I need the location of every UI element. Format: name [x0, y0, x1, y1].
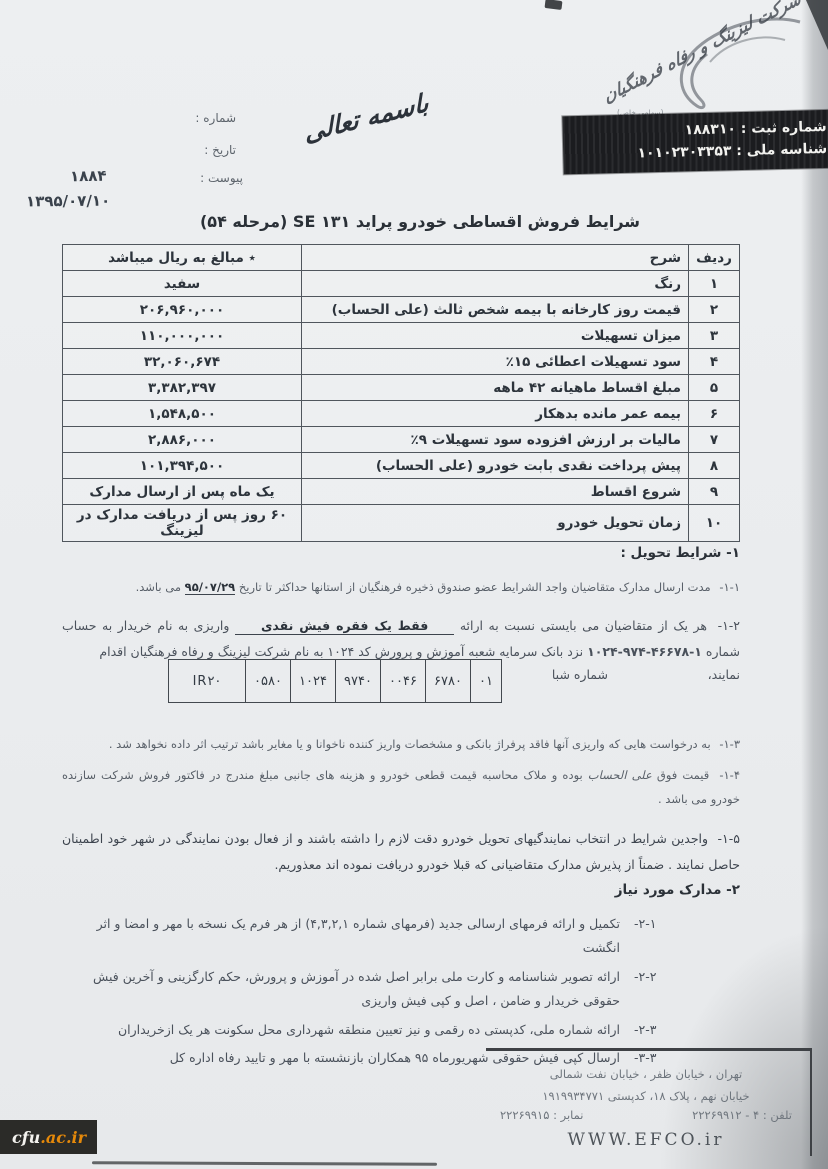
sheba-label: شماره شبا	[552, 667, 608, 682]
row-description: زمان تحویل خودرو	[302, 505, 689, 542]
footer-address-line1: تهران ، خیابان ظفر ، خیابان نفت شمالی	[496, 1063, 796, 1085]
document-item-label: -۲-۱	[634, 912, 678, 961]
document-title: شرایط فروش اقساطی خودرو پراید SE ۱۳۱ (مر…	[110, 212, 730, 231]
sheba-number-table: IR۲۰۰۵۸۰۱۰۲۴۹۷۴۰۰۰۴۶۶۷۸۰۰۱	[168, 659, 502, 703]
clause-1-2: -۱-۲ هر یک از متقاضیان می بایستی نسبت به…	[62, 613, 740, 664]
table-row: ۱رنگسفید	[63, 271, 740, 297]
table-row: ۷مالیات بر ارزش افزوده سود تسهیلات ۹٪۲,۸…	[63, 427, 740, 453]
section1-heading: ۱- شرایط تحویل :	[620, 545, 740, 561]
row-value: ۳,۳۸۲,۳۹۷	[63, 375, 302, 401]
header-row-number: ردیف	[689, 245, 740, 271]
header-description: شرح	[302, 245, 689, 271]
scan-bottom-line	[92, 1161, 437, 1166]
cfu-watermark-orange: .ac.ir	[40, 1128, 86, 1147]
sheba-cell: ۶۷۸۰	[426, 660, 471, 702]
clause-1-5-label: -۱-۵	[718, 831, 740, 846]
clause-1-4: -۱-۴ قیمت فوق علی الحساب بوده و ملاک محا…	[62, 764, 740, 811]
table-row: ۶بیمه عمر مانده بدهکار۱,۵۴۸,۵۰۰	[63, 401, 740, 427]
table-row: ۳میزان تسهیلات۱۱۰,۰۰۰,۰۰۰	[63, 323, 740, 349]
registration-banner: شماره ثبت : ۱۸۸۳۱۰ شناسه ملی : ۱۰۱۰۲۳۰۳۳…	[562, 110, 828, 175]
ref-number-label: شماره :	[195, 111, 236, 125]
attachment-label: پیوست :	[200, 171, 243, 185]
table-row: ۲قیمت روز کارخانه با بیمه شخص ثالث (علی …	[63, 297, 740, 323]
row-value: ۲,۸۸۶,۰۰۰	[63, 427, 302, 453]
clause-1-1-label: -۱-۱	[719, 580, 740, 594]
row-description: قیمت روز کارخانه با بیمه شخص ثالث (علی ا…	[302, 297, 689, 323]
table-row: ۸پیش پرداخت نقدی بابت خودرو (علی الحساب)…	[63, 453, 740, 479]
sheba-cell: IR۲۰	[169, 660, 246, 702]
clause-1-5: -۱-۵ واجدین شرایط در انتخاب نمایندگیهای …	[62, 826, 740, 877]
sheba-cell: ۰۰۴۶	[381, 660, 426, 702]
footer-website: WWW.EFCO.ir	[496, 1130, 796, 1150]
footer-phone: تلفن : ۴ - ۲۲۲۶۹۹۱۲	[692, 1108, 792, 1122]
cfu-watermark: cfu .ac.ir	[0, 1120, 97, 1154]
row-value: ۱,۵۴۸,۵۰۰	[63, 401, 302, 427]
row-description: رنگ	[302, 271, 689, 297]
title-phase: (مرحله ۵۴)	[200, 212, 287, 231]
letterhead-footer: تهران ، خیابان ظفر ، خیابان نفت شمالی خی…	[486, 1048, 812, 1156]
clause-1-4-label: -۱-۴	[719, 768, 740, 782]
row-description: بیمه عمر مانده بدهکار	[302, 401, 689, 427]
footer-address-line2: خیابان نهم ، پلاک ۱۸، کدپستی ۱۹۱۹۹۳۴۷۷۱	[496, 1085, 796, 1107]
on-account-emphasis: علی الحساب	[588, 768, 652, 782]
footer-fax: نمابر : ۲۲۲۶۹۹۱۵	[500, 1108, 584, 1122]
clause-1-2-tail: نمایند،	[708, 667, 740, 682]
national-id: شناسه ملی : ۱۰۱۰۲۳۰۳۳۵۳	[573, 139, 827, 167]
registration-number: شماره ثبت : ۱۸۸۳۱۰	[572, 117, 826, 145]
sheba-row: نمایند، شماره شبا IR۲۰۰۵۸۰۱۰۲۴۹۷۴۰۰۰۴۶۶۷…	[62, 659, 740, 709]
row-description: مالیات بر ارزش افزوده سود تسهیلات ۹٪	[302, 427, 689, 453]
document-item-text: ارائه تصویر شناسنامه و کارت ملی برابر اص…	[72, 965, 620, 1014]
bank-account-number: ۱۰۲۴-۹۷۴-۴۶۶۷۸-۱	[587, 644, 702, 659]
row-number: ۷	[689, 427, 740, 453]
clause-1-3-label: -۱-۳	[719, 737, 740, 751]
row-description: میزان تسهیلات	[302, 323, 689, 349]
row-number: ۳	[689, 323, 740, 349]
cash-slip-emphasis: فقط یک فقره فیش نقدی	[235, 618, 454, 635]
clause-1-1-tail: می باشد.	[136, 580, 181, 594]
document-item: -۲-۲ارائه تصویر شناسنامه و کارت ملی براب…	[72, 965, 678, 1014]
sheba-cell: ۰۱	[471, 660, 501, 702]
sheba-cell: ۹۷۴۰	[336, 660, 381, 702]
date-label: تاریخ :	[204, 143, 236, 157]
table-row: ۵مبلغ اقساط ماهیانه ۴۲ ماهه۳,۳۸۲,۳۹۷	[63, 375, 740, 401]
title-model: SE ۱۳۱	[293, 212, 350, 231]
table-row: ۹شروع اقساطیک ماه پس از ارسال مدارک	[63, 479, 740, 505]
footer-phone-line: تلفن : ۴ - ۲۲۲۶۹۹۱۲ نمابر : ۲۲۲۶۹۹۱۵	[496, 1108, 796, 1122]
clause-1-1: -۱-۱ مدت ارسال مدارک متقاضیان واجد الشرا…	[62, 576, 740, 600]
row-description: سود تسهیلات اعطائی ۱۵٪	[302, 349, 689, 375]
sheba-cell: ۱۰۲۴	[291, 660, 336, 702]
row-number: ۴	[689, 349, 740, 375]
row-value: ۱۱۰,۰۰۰,۰۰۰	[63, 323, 302, 349]
document-item-label: -۲-۲	[634, 965, 678, 1014]
installment-terms-table: ردیف شرح ٭ مبالغ به ریال میباشد ۱رنگسفید…	[62, 244, 740, 542]
company-logo-calligraphy: شرکت لیزینگ و رفاه فرهنگیان (سهامی خاص)	[575, 10, 810, 115]
row-description: مبلغ اقساط ماهیانه ۴۲ ماهه	[302, 375, 689, 401]
document-item-label: -۲-۳	[634, 1018, 678, 1042]
clause-1-5-text: واجدین شرایط در انتخاب نمایندگیهای تحویل…	[62, 831, 740, 872]
header-amounts: ٭ مبالغ به ریال میباشد	[63, 245, 302, 271]
date-value-handwritten: ۱۳۹۵/۰۷/۱۰	[26, 192, 110, 211]
row-value: ۲۰۶,۹۶۰,۰۰۰	[63, 297, 302, 323]
clause-1-2-post: نزد بانک سرمایه شعبه آموزش و پرورش کد ۱۰…	[99, 644, 583, 659]
scanned-document-page: شرکت لیزینگ و رفاه فرهنگیان (سهامی خاص) …	[0, 0, 828, 1169]
sheba-cell: ۰۵۸۰	[246, 660, 291, 702]
table-row: ۴سود تسهیلات اعطائی ۱۵٪۳۲,۰۶۰,۶۷۴	[63, 349, 740, 375]
document-item-text: تکمیل و ارائه فرمهای ارسالی جدید (فرمهای…	[72, 912, 620, 961]
row-value: ۳۲,۰۶۰,۶۷۴	[63, 349, 302, 375]
row-value: ۶۰ روز پس از دریافت مدارک در لیزینگ	[63, 505, 302, 542]
row-value: ۱۰۱,۳۹۴,۵۰۰	[63, 453, 302, 479]
row-number: ۸	[689, 453, 740, 479]
besmele-calligraphy: باسمه تعالی	[304, 87, 429, 147]
row-number: ۶	[689, 401, 740, 427]
title-text: شرایط فروش اقساطی خودرو پراید	[356, 212, 640, 231]
cfu-watermark-white: cfu	[12, 1128, 40, 1147]
row-number: ۱	[689, 271, 740, 297]
clause-1-4-pre: قیمت فوق	[657, 768, 709, 782]
clause-1-2-pre: هر یک از متقاضیان می بایستی نسبت به ارائ…	[460, 618, 707, 633]
attachment-value-handwritten: ۱۸۸۴	[70, 167, 107, 186]
section2-heading: ۲- مدارک مورد نیاز	[615, 882, 740, 898]
clause-1-3: -۱-۳ به درخواست هایی که واریزی آنها فاقد…	[62, 733, 740, 757]
row-number: ۵	[689, 375, 740, 401]
clause-1-2-label: -۱-۲	[718, 618, 740, 633]
row-description: پیش پرداخت نقدی بابت خودرو (علی الحساب)	[302, 453, 689, 479]
clause-1-3-text: به درخواست هایی که واریزی آنها فاقد پرفر…	[109, 737, 711, 751]
document-item: -۲-۱تکمیل و ارائه فرمهای ارسالی جدید (فر…	[72, 912, 678, 961]
table-header-row: ردیف شرح ٭ مبالغ به ریال میباشد	[63, 245, 740, 271]
document-item-text: ارائه شماره ملی، کدپستی ده رقمی و نیز تع…	[72, 1018, 620, 1042]
table-row: ۱۰زمان تحویل خودرو۶۰ روز پس از دریافت مد…	[63, 505, 740, 542]
row-number: ۱۰	[689, 505, 740, 542]
deadline-date: ۹۵/۰۷/۲۹	[185, 580, 236, 595]
row-number: ۹	[689, 479, 740, 505]
row-number: ۲	[689, 297, 740, 323]
document-item: -۲-۳ارائه شماره ملی، کدپستی ده رقمی و نی…	[72, 1018, 678, 1042]
scan-ink-blob	[545, 0, 563, 10]
clause-1-1-text: مدت ارسال مدارک متقاضیان واجد الشرایط عض…	[239, 580, 711, 594]
row-description: شروع اقساط	[302, 479, 689, 505]
row-value: سفید	[63, 271, 302, 297]
row-value: یک ماه پس از ارسال مدارک	[63, 479, 302, 505]
